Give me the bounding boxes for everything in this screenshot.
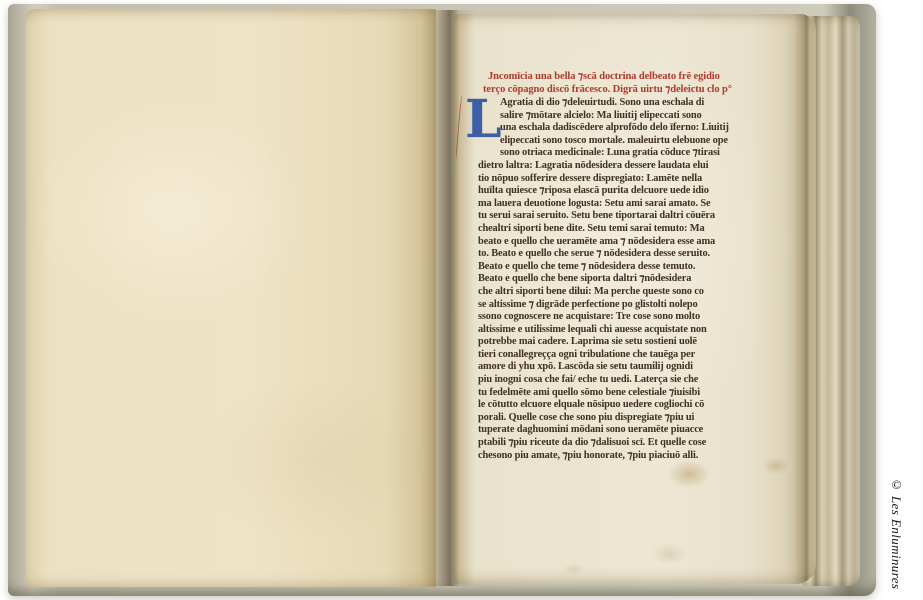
manuscript-text-line: tu serui sarai seruito. Setu bene tiport… bbox=[478, 210, 780, 223]
manuscript-text-line: amore di yhu xpō. Lascōda sie setu taumi… bbox=[478, 361, 780, 374]
manuscript-text-line: Agratia di dio ⁊deleuirtudi. Sono una es… bbox=[478, 97, 780, 110]
manuscript-photo: Jncomīcia una bella ⁊scā doctrina delbea… bbox=[0, 0, 923, 600]
manuscript-text-line: ptabili ⁊piu riceute da dio ⁊dalisuoi sc… bbox=[478, 437, 780, 450]
manuscript-text-line: tu fedelmēte ami quello sōmo bene celest… bbox=[478, 387, 780, 400]
rubric-line: Jncomīcia una bella ⁊scā doctrina delbea… bbox=[488, 70, 788, 83]
manuscript-text-line: tuperate daghuomini mōdani sono ueramēte… bbox=[478, 424, 780, 437]
photo-credit: © Les Enluminures bbox=[888, 477, 904, 597]
manuscript-text-line: huīlta quiesce ⁊riposa elascā purita del… bbox=[478, 185, 780, 198]
manuscript-text-line: Beato e quello che bene siporta daltri ⁊… bbox=[478, 273, 780, 286]
manuscript-text-line: piu inogni cosa che fai/ eche tu uedi. L… bbox=[478, 374, 780, 387]
left-blank-page bbox=[26, 9, 436, 587]
rubric-line: terço cōpagno discō frācesco. Digrā uirt… bbox=[483, 83, 788, 96]
manuscript-text-line: dietro laltra: Lagratia nōdesidera desse… bbox=[478, 160, 780, 173]
manuscript-text-line: to. Beato e quello che serue ⁊ nōdesider… bbox=[478, 248, 780, 261]
rubric: Jncomīcia una bella ⁊scā doctrina delbea… bbox=[488, 70, 788, 96]
manuscript-text-line: Beato e quello che teme ⁊ nōdesidera des… bbox=[478, 261, 780, 274]
manuscript-text-line: altissime e utilissime lequali chi auess… bbox=[478, 324, 780, 337]
manuscript-text-line: potrebbe mai cadere. Laprima sie setu so… bbox=[478, 336, 780, 349]
manuscript-text-line: salire ⁊mōtare alcielo: Ma liuitij elipe… bbox=[478, 110, 780, 123]
text-block: L Agratia di dio ⁊deleuirtudi. Sono una … bbox=[478, 97, 780, 462]
manuscript-text-line: sono otriaca medicinale: Luna gratia cōd… bbox=[478, 147, 780, 160]
manuscript-text-line: chesono piu amate, ⁊piu honorate, ⁊piu p… bbox=[478, 450, 780, 463]
manuscript-text-line: ssono cognoscere ne acquistare: Tre cose… bbox=[478, 311, 780, 324]
worn-page-edge bbox=[782, 14, 816, 584]
book: Jncomīcia una bella ⁊scā doctrina delbea… bbox=[8, 4, 876, 598]
manuscript-text-line: che altri siporti bene dilui: Ma perche … bbox=[478, 286, 780, 299]
manuscript-text-line: le cōtutto elcuore elquale nōsipuo ueder… bbox=[478, 399, 780, 412]
manuscript-text-line: chealtri siporti bene dite. Setu temi sa… bbox=[478, 223, 780, 236]
manuscript-text-line: se altissime ⁊ digrāde perfectione po gl… bbox=[478, 299, 780, 312]
manuscript-text-line: beato e quello che ueramēte ama ⁊ nōdesi… bbox=[478, 236, 780, 249]
manuscript-text-line: tio nōpuo sofferire dessere dispregiato:… bbox=[478, 173, 780, 186]
illuminated-initial: L bbox=[465, 98, 493, 148]
right-text-page: Jncomīcia una bella ⁊scā doctrina delbea… bbox=[454, 14, 816, 584]
manuscript-text-line: elipeccati sono tosco mortale. maleuirtu… bbox=[478, 135, 780, 148]
manuscript-text-line: porali. Quelle cose che sono piu dispreg… bbox=[478, 412, 780, 425]
manuscript-text-line: ma lauera deuotione logusta: Setu ami sa… bbox=[478, 198, 780, 211]
manuscript-text-line: una eschala dadiscēdere alprofōdo delo ī… bbox=[478, 122, 780, 135]
text-lines: Agratia di dio ⁊deleuirtudi. Sono una es… bbox=[478, 97, 780, 462]
manuscript-text-line: tieri conallegreçça ogni tribulatione ch… bbox=[478, 349, 780, 362]
